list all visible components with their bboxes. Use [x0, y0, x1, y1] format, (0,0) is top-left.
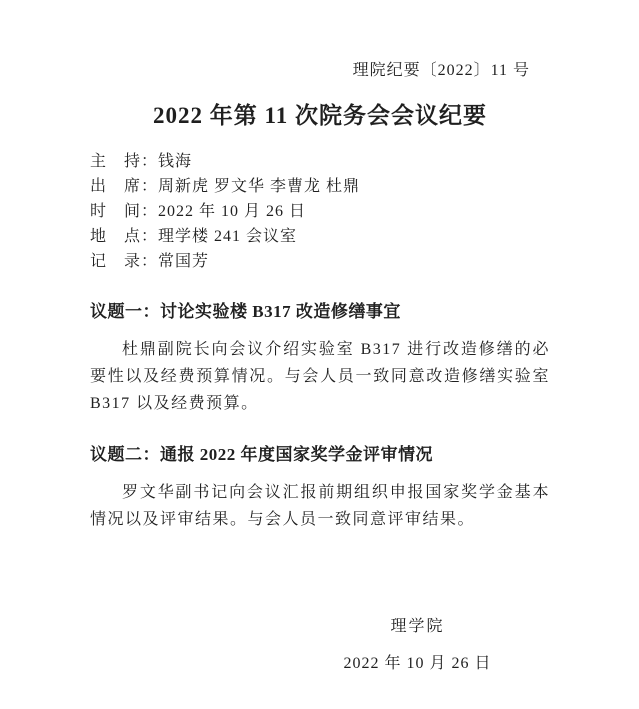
signature-block: 理学院 2022 年 10 月 26 日 [285, 617, 550, 674]
meta-label-location: 地 点： [90, 224, 158, 249]
section-heading-topic-1: 议题一：讨论实验楼 B317 改造修缮事宜 [90, 301, 550, 323]
section-body-topic-2: 罗文华副书记向会议汇报前期组织申报国家奖学金基本情况以及评审结果。与会人员一致同… [90, 479, 550, 533]
meta-value-location: 理学楼 241 会议室 [158, 228, 297, 245]
section-heading-topic-2: 议题二：通报 2022 年度国家奖学金评审情况 [90, 444, 550, 466]
meta-row-recorder: 记 录：常国芳 [90, 249, 550, 274]
meta-value-recorder: 常国芳 [158, 253, 209, 270]
meta-label-attendees: 出 席： [90, 174, 158, 199]
meta-row-time: 时 间：2022 年 10 月 26 日 [90, 199, 550, 224]
meta-label-time: 时 间： [90, 199, 158, 224]
document-page: 理院纪要〔2022〕11 号 2022 年第 11 次院务会会议纪要 主 持：钱… [0, 0, 639, 709]
section-body-topic-1: 杜鼎副院长向会议介绍实验室 B317 进行改造修缮的必要性以及经费预算情况。与会… [90, 336, 550, 417]
signature-organization: 理学院 [285, 617, 550, 637]
document-ref-number: 理院纪要〔2022〕11 号 [90, 60, 550, 82]
signature-date: 2022 年 10 月 26 日 [285, 654, 550, 674]
meta-row-attendees: 出 席：周新虎 罗文华 李曹龙 杜鼎 [90, 174, 550, 199]
meta-label-recorder: 记 录： [90, 249, 158, 274]
meta-value-host: 钱海 [158, 153, 192, 170]
meta-value-attendees: 周新虎 罗文华 李曹龙 杜鼎 [158, 178, 360, 195]
meta-label-host: 主 持： [90, 149, 158, 174]
section-topic-2: 议题二：通报 2022 年度国家奖学金评审情况 罗文华副书记向会议汇报前期组织申… [90, 444, 550, 533]
section-topic-1: 议题一：讨论实验楼 B317 改造修缮事宜 杜鼎副院长向会议介绍实验室 B317… [90, 301, 550, 417]
meta-row-host: 主 持：钱海 [90, 149, 550, 174]
meta-row-location: 地 点：理学楼 241 会议室 [90, 224, 550, 249]
meta-value-time: 2022 年 10 月 26 日 [158, 203, 306, 220]
document-title: 2022 年第 11 次院务会会议纪要 [90, 102, 550, 130]
meta-block: 主 持：钱海 出 席：周新虎 罗文华 李曹龙 杜鼎 时 间：2022 年 10 … [90, 149, 550, 274]
